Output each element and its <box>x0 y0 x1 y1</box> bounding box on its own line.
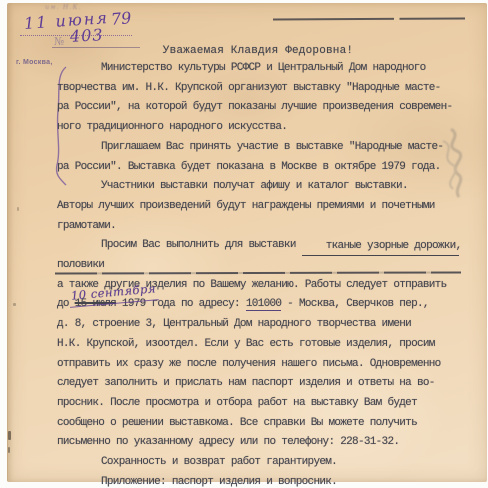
typed-line: отправить их сразу же после получения на… <box>57 355 459 375</box>
typed-line: творчества им. Н.К. Крупской организуют … <box>57 79 459 99</box>
typed-line: грамотами. <box>57 217 459 237</box>
typed-line: сообщено о решении выставкома. Все справ… <box>57 414 459 434</box>
typed-line: Н.К. Крупской, изоотдел. Если у Вас есть… <box>57 335 459 355</box>
fill-inserted-text: тканые узорные дорожки, <box>326 237 462 257</box>
scanned-letter-page: { "colors": { "paper": "#ecd0ab", "ink":… <box>0 0 488 488</box>
ink-speck <box>17 207 19 211</box>
typed-line: следует заполнить и прислать нам паспорт… <box>57 374 459 394</box>
typed-line: ного традиционного народного искусства. <box>57 118 459 138</box>
attachment-line: Приложение: паспорт изделия и вопросник. <box>57 473 459 488</box>
header-dash-line <box>273 17 465 20</box>
typed-line: Авторы лучших произведений будут награжд… <box>57 197 459 217</box>
letter-paper: им. Н.К. 11 июня 79 № 403 г. Москва, Ува… <box>7 3 487 482</box>
typed-line: Участники выставки получат афишу и катал… <box>57 177 459 197</box>
typed-line: д. 8, строение 3, Центральный Дом народн… <box>57 315 459 335</box>
typed-line: просник. После просмотра и отбора работ … <box>57 394 459 414</box>
scan-edge-mark <box>8 447 10 453</box>
scan-edge-mark <box>8 431 11 440</box>
typed-line: ра России". Выставка будет показана в Мо… <box>57 158 459 178</box>
deadline-line: до 15 июля 1979 года по адресу: 101000 -… <box>57 295 459 315</box>
typed-line: Министерство культуры РСФСР и Центральны… <box>57 59 459 79</box>
typed-line: ра России", на которой будут показаны лу… <box>57 98 459 118</box>
typed-line: письменно по указанному адресу или по те… <box>57 433 459 453</box>
guarantee-line: Сохранность и возврат работ гарантируем. <box>57 453 459 473</box>
request-prefix: Просим Вас выполнить для выставки <box>57 236 296 256</box>
zip-code-underlined: 101000 <box>246 298 281 311</box>
request-line: Просим Вас выполнить для выставки тканые… <box>57 236 459 256</box>
fill-blank-underline: тканые узорные дорожки, <box>302 240 459 256</box>
address-rest: - Москва, Сверчков пер., <box>281 298 429 310</box>
ink-speck <box>13 303 16 306</box>
typed-line: Приглашаем Вас принять участие в выставк… <box>57 138 459 158</box>
handwritten-year: 79 <box>110 8 132 29</box>
